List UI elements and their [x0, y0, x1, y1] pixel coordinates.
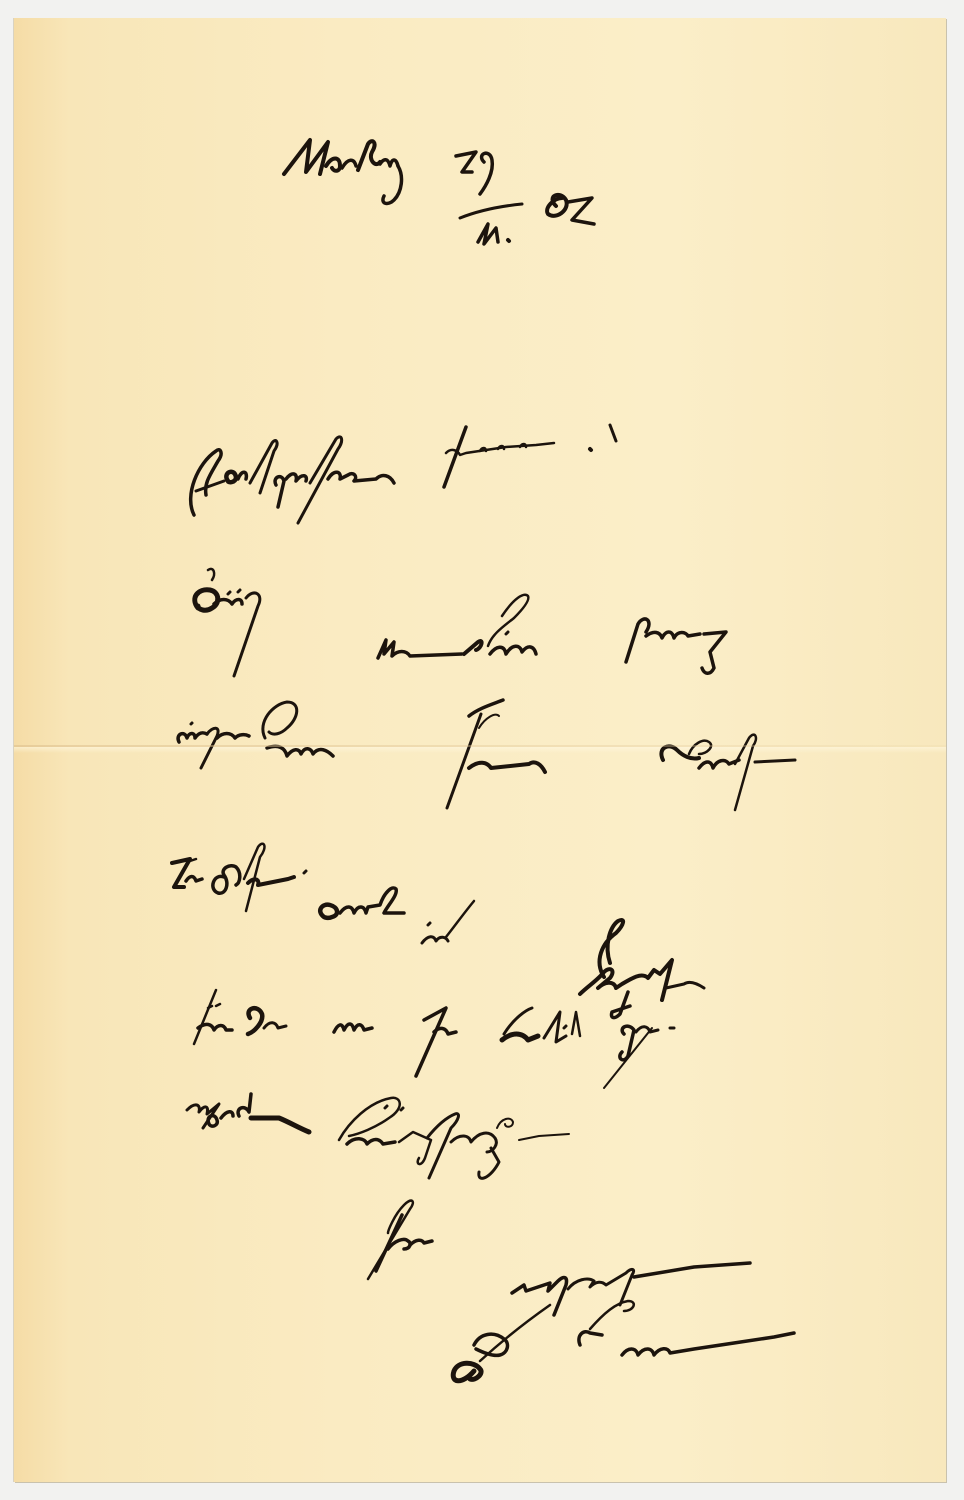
date-month: 11.	[476, 223, 514, 251]
closing-ergebenster: ergebenster	[519, 1268, 704, 1303]
body-text-line-2: ersten Wunsch Ihrem Rufe	[179, 738, 641, 778]
body-text-line-3: zu folgen, danke ich herzlichst	[174, 878, 702, 918]
body-text-line-4: für die mir zu Theil ge-	[194, 1008, 591, 1048]
date-day: 29	[454, 148, 490, 181]
letter-sheet: Marburg 29 11. 82	[14, 18, 946, 1482]
closing-ihr: Ihr	[364, 1218, 413, 1256]
body-text-line-1: Durch meine Leiden verhindert	[194, 608, 737, 648]
date-year: 82	[549, 193, 582, 223]
scanned-page: Marburg 29 11. 82	[0, 0, 964, 1500]
signature: [Unterschrift]	[454, 1338, 679, 1376]
salutation-text: Hochgeehrter Herr!	[184, 468, 593, 514]
body-text-line-5: wordene Auszeichnung	[189, 1118, 591, 1158]
place-text: Marburg	[276, 148, 411, 183]
